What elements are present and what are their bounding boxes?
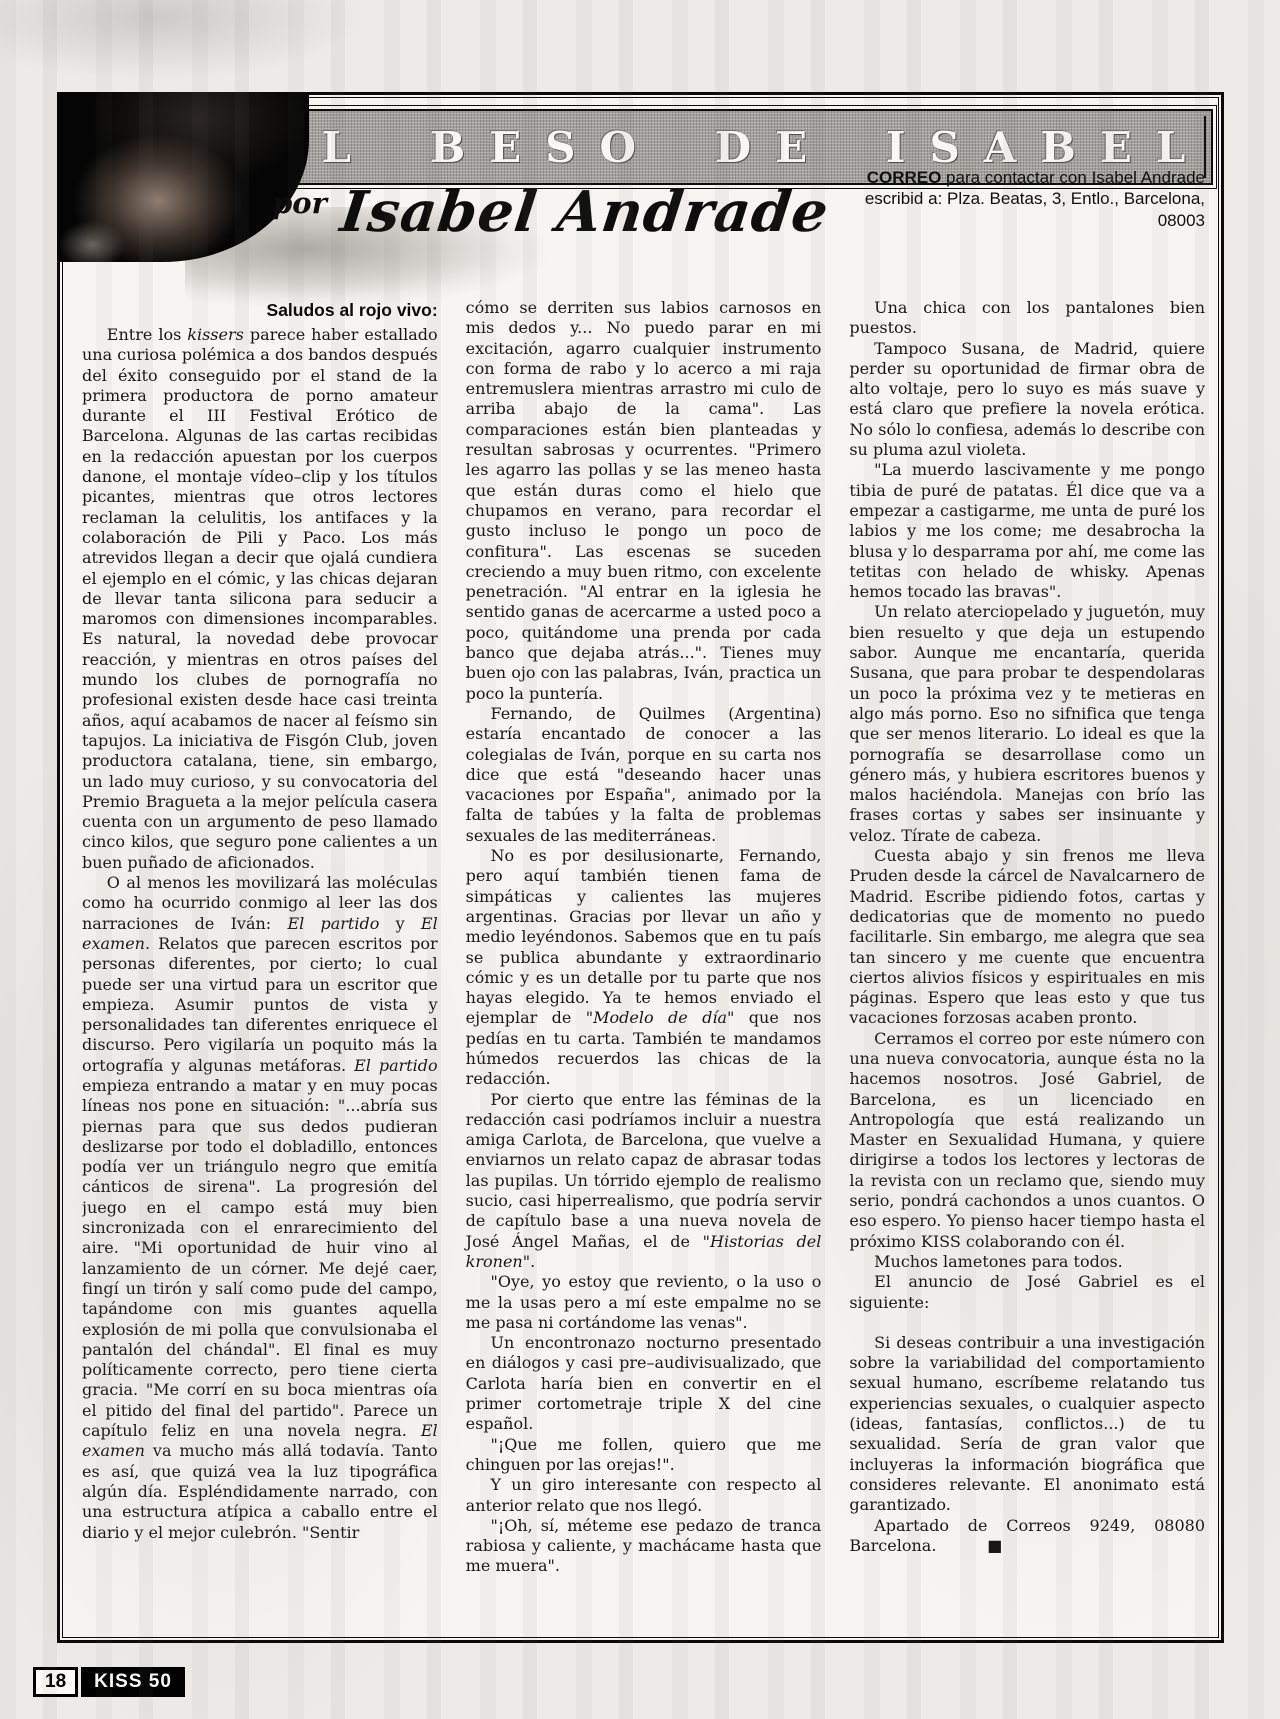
column-2-paragraphs: cómo se derriten sus labios carnosos en … [466, 298, 822, 1577]
paragraph: "Oye, yo estoy que reviento, o la uso o … [466, 1272, 822, 1333]
page-number: 18 [33, 1667, 78, 1697]
byline: porIsabel Andrade [272, 179, 828, 245]
paragraph: El anuncio de José Gabriel es el siguien… [849, 1272, 1205, 1313]
paragraph: "¡Que me follen, quiero que me chinguen … [466, 1435, 822, 1476]
correo-label: CORREO [867, 168, 942, 187]
byline-name: Isabel Andrade [337, 179, 833, 245]
paragraph: Cuesta abajo y sin frenos me lleva Prude… [849, 846, 1205, 1029]
column-3-paragraphs: Una chica con los pantalones bien puesto… [849, 298, 1205, 1556]
correo-line-2: escribid a: Plza. Beatas, 3, Entlo., Bar… [825, 188, 1205, 209]
column-1: Saludos al rojo vivo: Entre los kissers … [82, 298, 438, 1628]
paragraph: Apartado de Correos 9249, 08080 Barcelon… [849, 1516, 1205, 1557]
paragraph: Fernando, de Quilmes (Argentina) estaría… [466, 704, 822, 846]
paragraph: Un encontronazo nocturno presentado en d… [466, 1333, 822, 1434]
byline-prefix: por [272, 186, 327, 220]
paragraph: Tampoco Susana, de Madrid, quiere perder… [849, 339, 1205, 461]
correo-line-3: 08003 [825, 210, 1205, 231]
paragraph: No es por desilusionarte, Fernando, pero… [466, 846, 822, 1090]
paragraph: Cerramos el correo por este número con u… [849, 1029, 1205, 1252]
paragraph: cómo se derriten sus labios carnosos en … [466, 298, 822, 704]
column-3: Una chica con los pantalones bien puesto… [849, 298, 1205, 1628]
page-header: EL BESO DE ISABEL porIsabel Andrade CORR… [60, 95, 1221, 300]
column-heading: Saludos al rojo vivo: [82, 300, 438, 321]
magazine-page: { "header": { "title": "EL BESO DE ISABE… [0, 0, 1280, 1719]
paragraph: Entre los kissers parece haber estallado… [82, 325, 438, 873]
magazine-label: KISS 50 [81, 1667, 185, 1697]
paragraph: O al menos les movilizará las moléculas … [82, 873, 438, 1543]
paragraph: Y un giro interesante con respecto al an… [466, 1475, 822, 1516]
correo-line-1: CORREO para contactar con Isabel Andrade [825, 167, 1205, 188]
correo-box: CORREO para contactar con Isabel Andrade… [825, 167, 1205, 231]
column-1-paragraphs: Entre los kissers parece haber estallado… [82, 325, 438, 1543]
correo-line-1-text: para contactar con Isabel Andrade [941, 168, 1205, 187]
paragraph: Muchos lametones para todos. [849, 1252, 1205, 1272]
paragraph: Una chica con los pantalones bien puesto… [849, 298, 1205, 339]
paragraph: Un relato aterciopelado y juguetón, muy … [849, 602, 1205, 846]
paragraph: "¡Oh, sí, méteme ese pedazo de tranca ra… [466, 1516, 822, 1577]
section-title: EL BESO DE ISABEL [242, 123, 1210, 172]
article-body: Saludos al rojo vivo: Entre los kissers … [82, 298, 1205, 1628]
column-2: cómo se derriten sus labios carnosos en … [466, 298, 822, 1628]
paragraph: Por cierto que entre las féminas de la r… [466, 1090, 822, 1273]
page-border-frame: EL BESO DE ISABEL porIsabel Andrade CORR… [57, 92, 1224, 1643]
paragraph: Si deseas contribuir a una investigación… [849, 1333, 1205, 1516]
paragraph: "La muerdo lascivamente y me pongo tibia… [849, 460, 1205, 602]
page-footer: 18 KISS 50 [33, 1667, 185, 1697]
